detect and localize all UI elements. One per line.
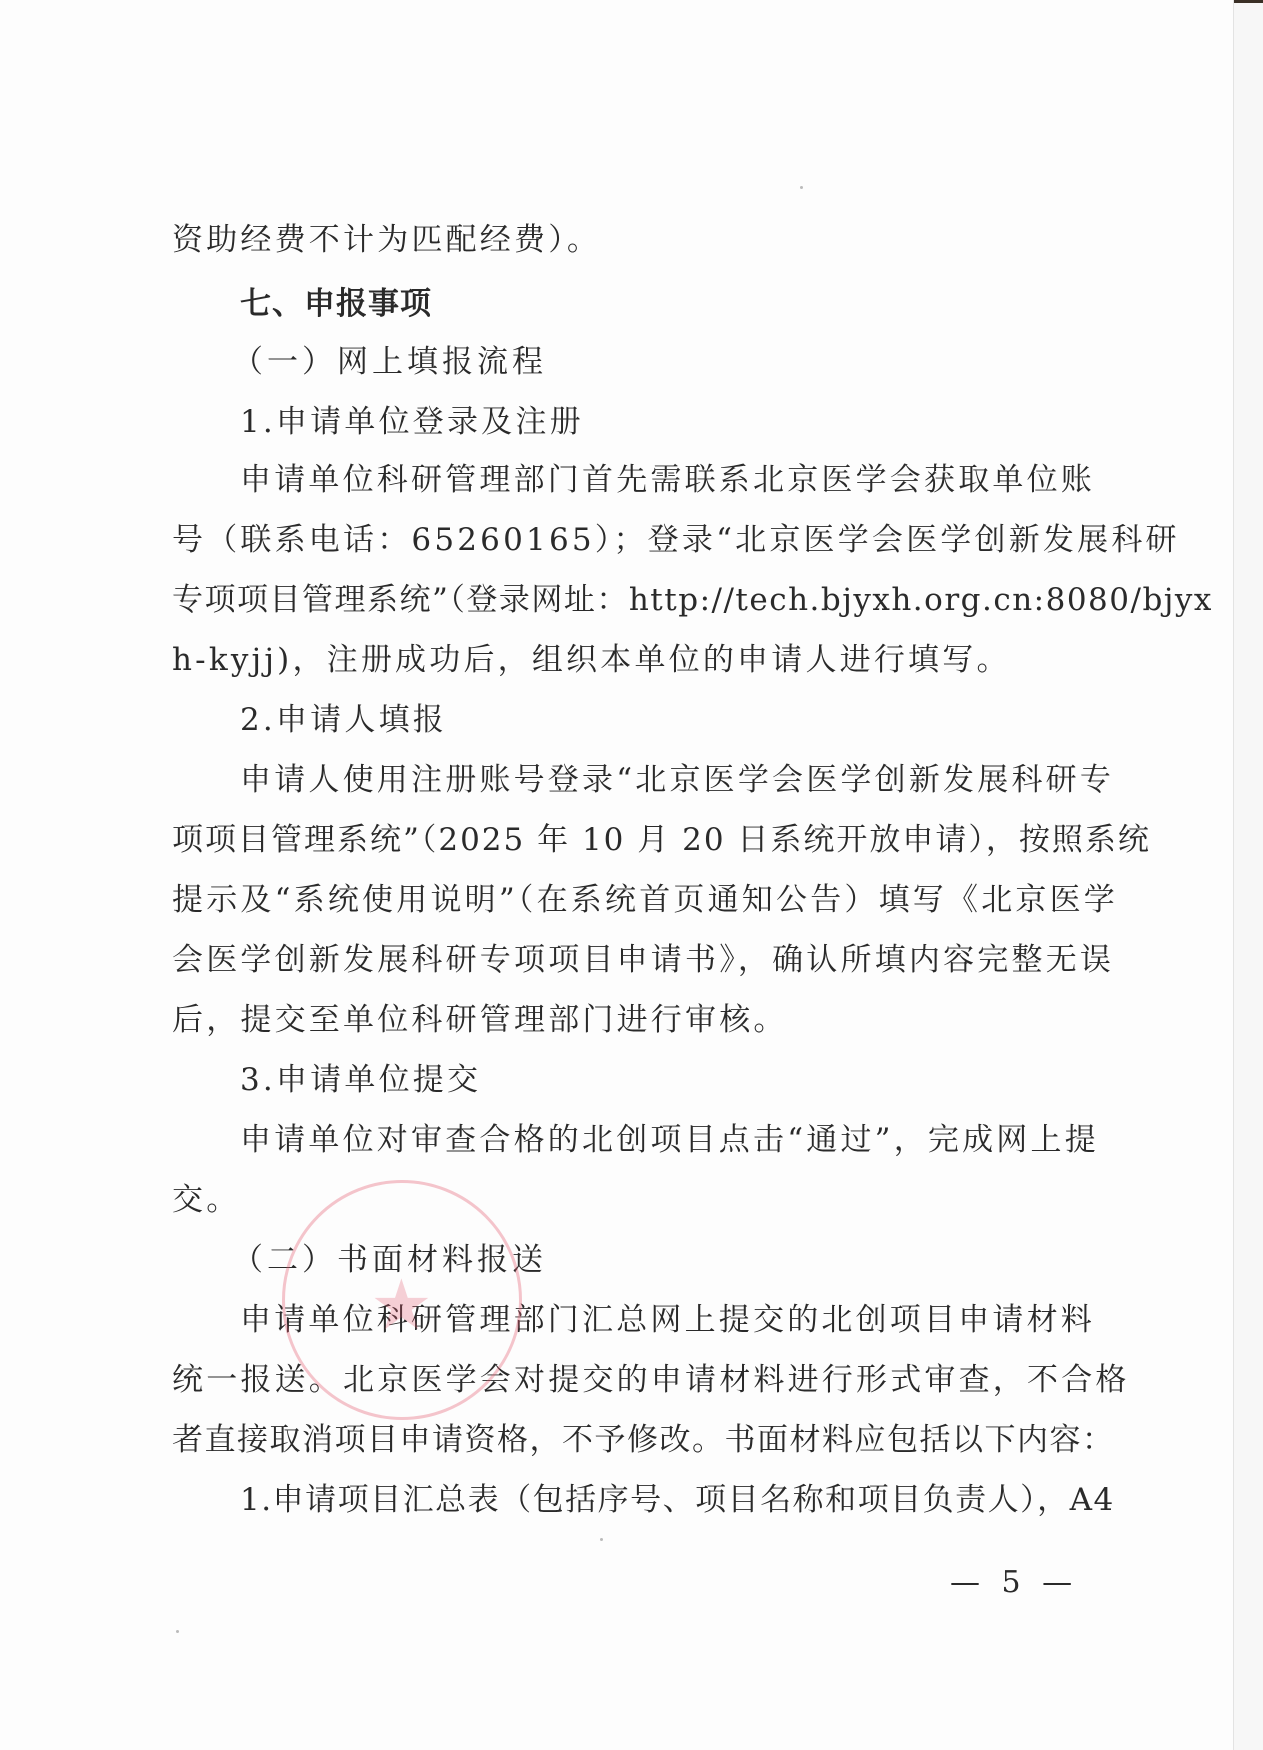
text-line: 项项目管理系统”（2025 年 10 月 20 日系统开放申请），按照系统 bbox=[172, 820, 1092, 860]
scan-speck bbox=[800, 186, 803, 189]
scan-speck bbox=[600, 1538, 603, 1541]
text-line: 者直接取消项目申请资格，不予修改。书面材料应包括以下内容： bbox=[172, 1420, 1092, 1460]
step-heading: 1.申请单位登录及注册 bbox=[240, 402, 1160, 442]
page-edge-shadow bbox=[1234, 0, 1263, 3]
step-heading: 2.申请人填报 bbox=[240, 700, 1160, 740]
text-line: 交。 bbox=[172, 1180, 1092, 1220]
text-line: 号（联系电话：65260165）；登录“北京医学会医学创新发展科研 bbox=[172, 520, 1092, 560]
scan-speck bbox=[176, 1630, 179, 1633]
text-line: 后，提交至单位科研管理部门进行审核。 bbox=[172, 1000, 1092, 1040]
text-line: h-kyjj)，注册成功后，组织本单位的申请人进行填写。 bbox=[172, 640, 1092, 680]
text-line: 申请单位科研管理部门首先需联系北京医学会获取单位账 bbox=[240, 460, 1092, 500]
page-number: — 5 — bbox=[950, 1565, 1078, 1600]
text-line: 提示及“系统使用说明”（在系统首页通知公告）填写《北京医学 bbox=[172, 880, 1092, 920]
text-line: 会医学创新发展科研专项项目申请书》，确认所填内容完整无误 bbox=[172, 940, 1092, 980]
text-line: 申请单位科研管理部门汇总网上提交的北创项目申请材料 bbox=[240, 1300, 1092, 1340]
text-line: 申请人使用注册账号登录“北京医学会医学创新发展科研专 bbox=[240, 760, 1092, 800]
subsection-heading: （一）网上填报流程 bbox=[232, 342, 1152, 382]
text-line: 资助经费不计为匹配经费）。 bbox=[172, 220, 1092, 260]
text-line: 统一报送。北京医学会对提交的申请材料进行形式审查，不合格 bbox=[172, 1360, 1092, 1400]
subsection-heading: （二）书面材料报送 bbox=[232, 1240, 1152, 1280]
text-line: 申请单位对审查合格的北创项目点击“通过”，完成网上提 bbox=[240, 1120, 1092, 1160]
page-edge bbox=[1233, 0, 1263, 1750]
document-page: 资助经费不计为匹配经费）。 七、申报事项 （一）网上填报流程 1.申请单位登录及… bbox=[0, 0, 1233, 1750]
step-heading: 3.申请单位提交 bbox=[240, 1060, 1160, 1100]
section-heading: 七、申报事项 bbox=[240, 284, 1160, 324]
text-line: 1.申请项目汇总表（包括序号、项目名称和项目负责人），A4 bbox=[240, 1480, 1092, 1520]
text-line: 专项项目管理系统”（登录网址：http://tech.bjyxh.org.cn:… bbox=[172, 580, 1092, 620]
